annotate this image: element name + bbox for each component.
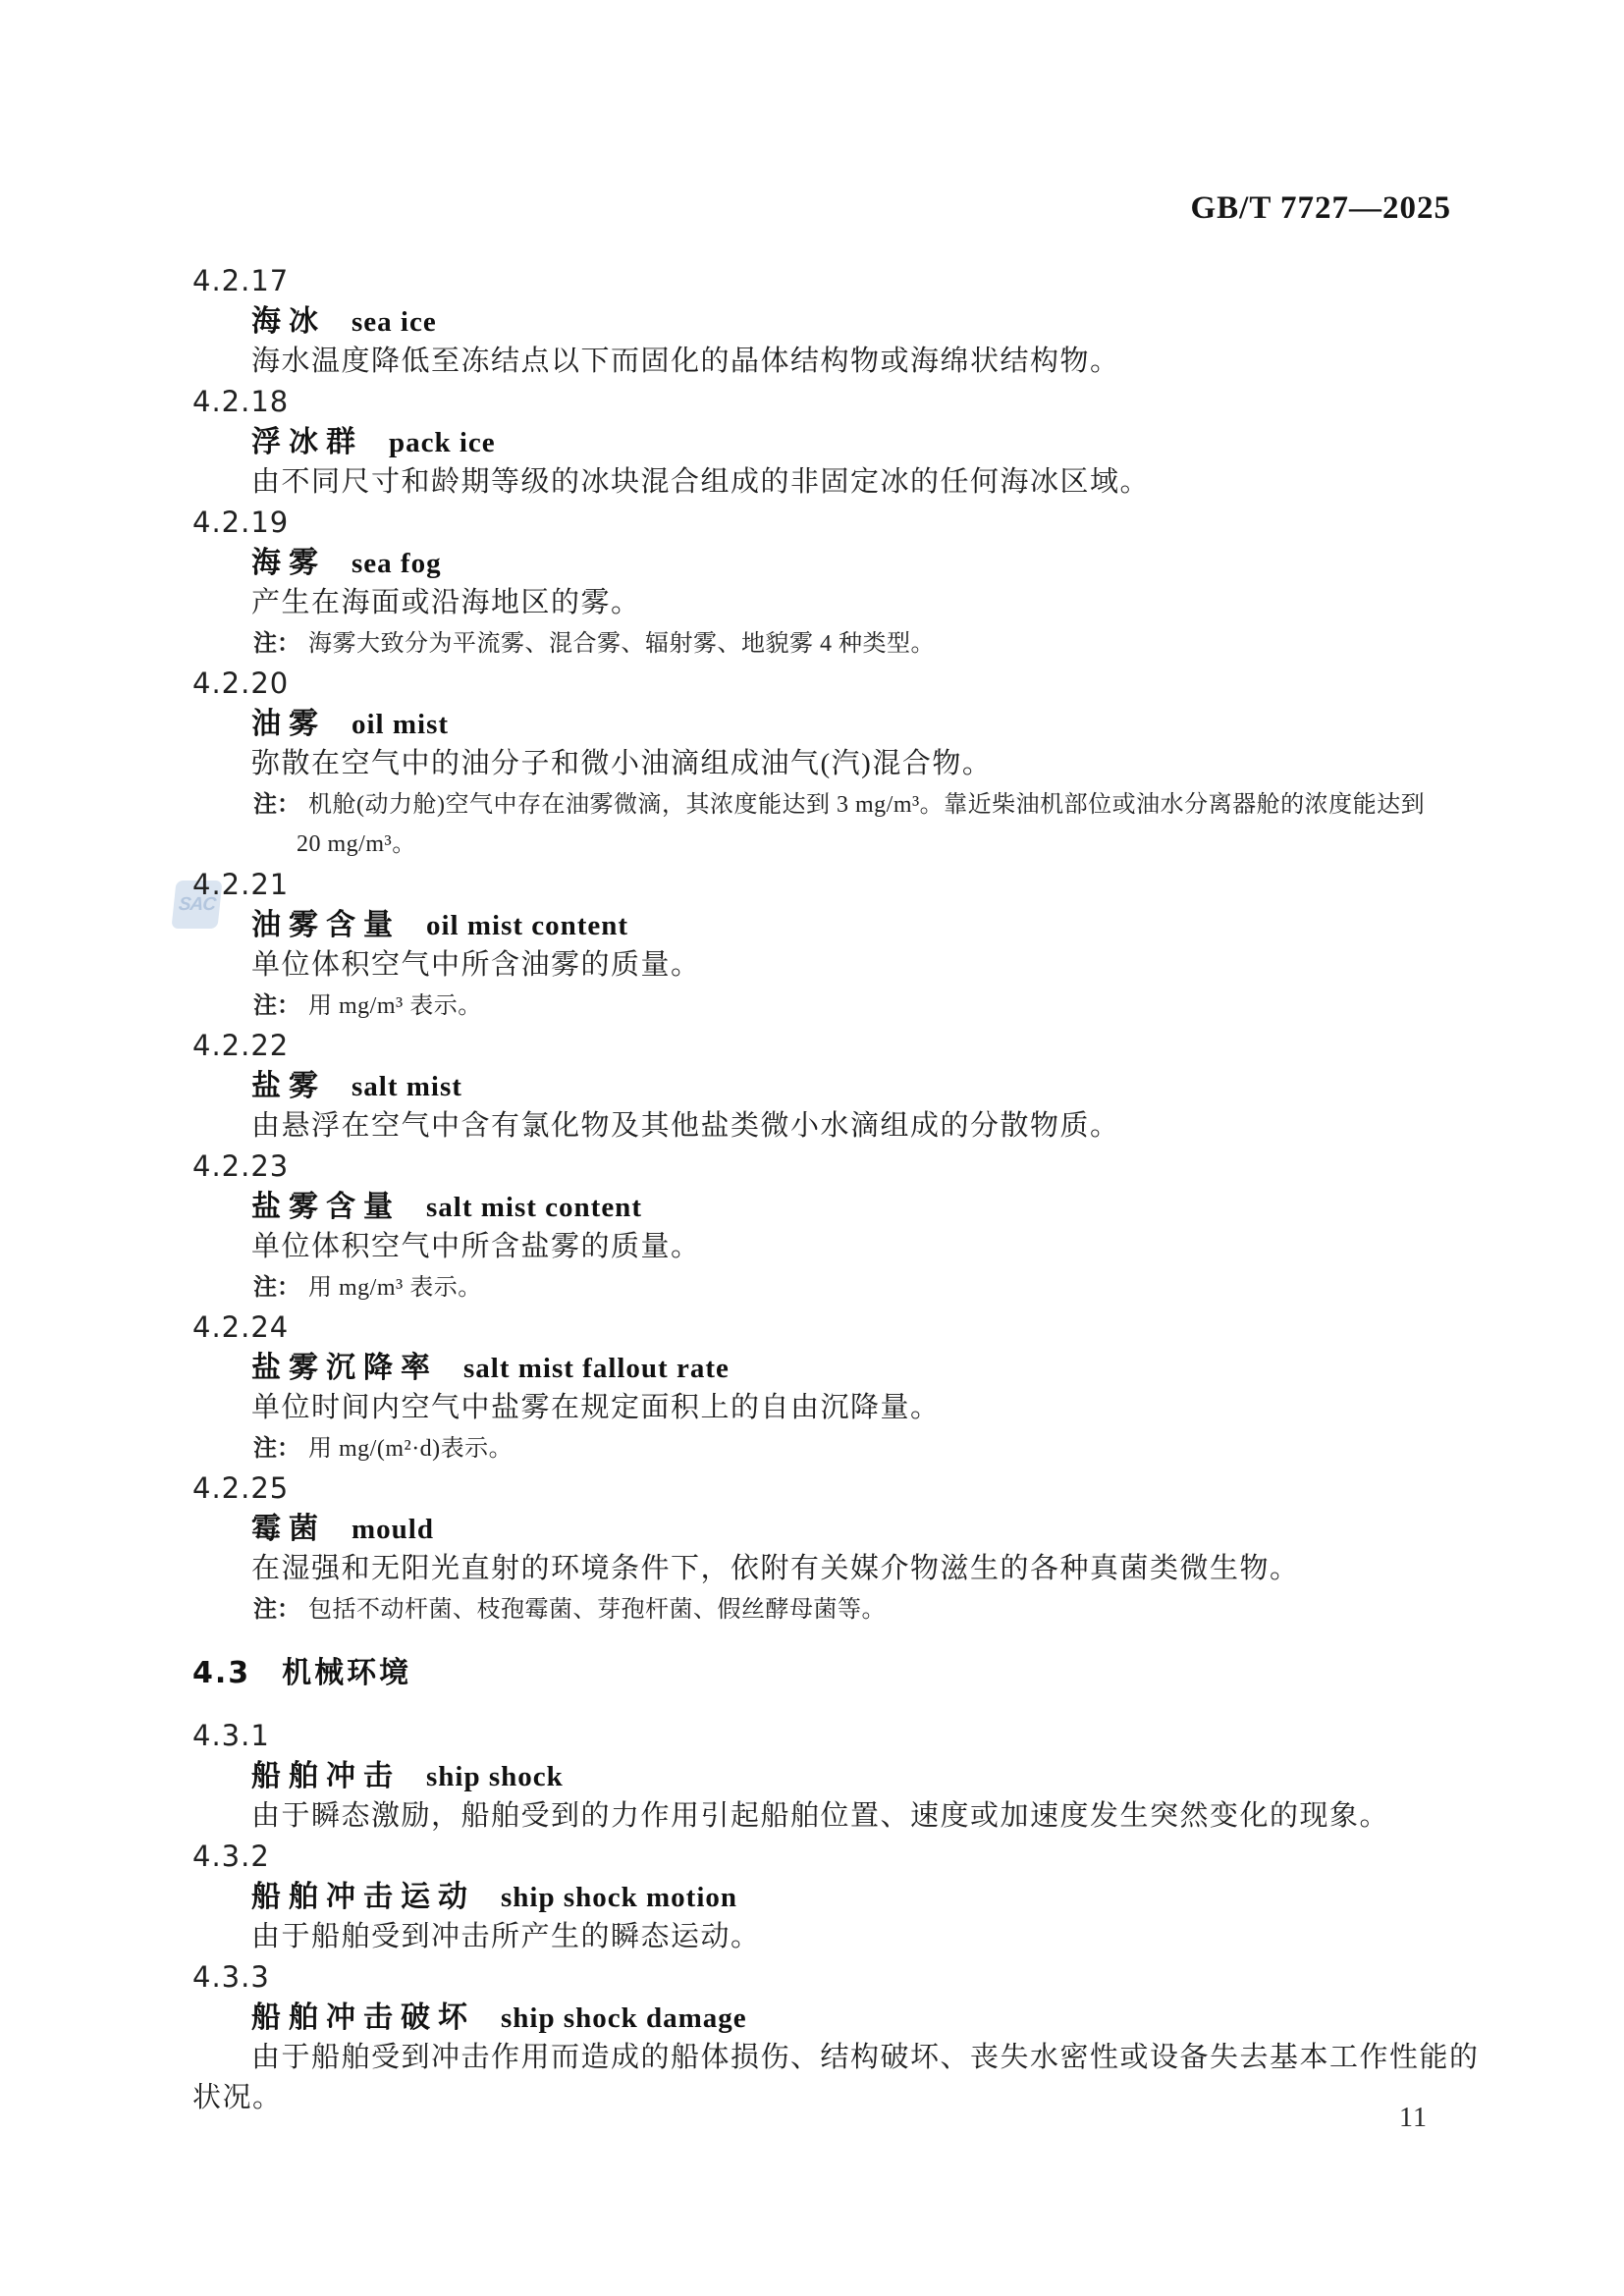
term-english: oil mist content xyxy=(426,910,628,941)
term-chinese: 霉菌 xyxy=(251,1513,326,1545)
note-label: 注： xyxy=(253,630,300,657)
section-number: 4.2.18 xyxy=(192,382,1489,422)
standard-number-header: GB/T 7727—2025 xyxy=(1190,190,1451,227)
definition-line: 由悬浮在空气中含有氯化物及其他盐类微小水滴组成的分散物质。 xyxy=(251,1106,1489,1147)
note-line: 注：用 mg/m³ 表示。 xyxy=(253,986,1489,1026)
term-line: 海冰sea ice xyxy=(251,301,1489,342)
note-label: 注： xyxy=(253,1435,300,1462)
term-chinese: 船舶冲击 xyxy=(251,1760,401,1792)
note-label: 注： xyxy=(253,1274,300,1301)
definition-line: 单位时间内空气中盐雾在规定面积上的自由沉降量。 xyxy=(251,1388,1489,1428)
term-line: 船舶冲击破坏ship shock damage xyxy=(251,1998,1489,2038)
term-english: salt mist content xyxy=(426,1192,642,1223)
term-chinese: 油雾 xyxy=(251,708,326,740)
term-english: sea ice xyxy=(352,306,437,338)
term-line: 盐雾含量salt mist content xyxy=(251,1187,1489,1227)
term-line: 盐雾沉降率salt mist fallout rate xyxy=(251,1348,1489,1388)
term-chinese: 海冰 xyxy=(251,305,326,338)
clause-heading-number: 4.3 xyxy=(192,1656,250,1690)
note-label: 注： xyxy=(253,992,300,1019)
definition-line: 海水温度降低至冻结点以下而固化的晶体结构物或海绵状结构物。 xyxy=(251,342,1489,382)
section-number: 4.3.3 xyxy=(192,1957,1489,1998)
note-line: 注：包括不动杆菌、枝孢霉菌、芽孢杆菌、假丝酵母菌等。 xyxy=(253,1589,1489,1629)
definition-line: 由于船舶受到冲击所产生的瞬态运动。 xyxy=(251,1917,1489,1957)
term-line: 霉菌mould xyxy=(251,1509,1489,1549)
note-label: 注： xyxy=(253,1596,300,1623)
term-line: 海雾sea fog xyxy=(251,543,1489,583)
definition-line: 由于船舶受到冲击作用而造成的船体损伤、结构破坏、丧失水密性或设备失去基本工作性能… xyxy=(251,2038,1489,2078)
term-chinese: 船舶冲击破坏 xyxy=(251,2002,475,2034)
term-chinese: 盐雾含量 xyxy=(251,1191,401,1223)
note-line: 注：用 mg/(m²·d)表示。 xyxy=(253,1428,1489,1468)
term-english: mould xyxy=(352,1514,434,1545)
note-continuation-line: 20 mg/m³。 xyxy=(297,825,1489,865)
term-chinese: 盐雾 xyxy=(251,1070,326,1102)
term-english: ship shock xyxy=(426,1761,564,1792)
term-line: 船舶冲击ship shock xyxy=(251,1756,1489,1796)
terminology-content: 4.2.17海冰sea ice海水温度降低至冻结点以下而固化的晶体结构物或海绵状… xyxy=(192,261,1489,2118)
term-line: 盐雾salt mist xyxy=(251,1066,1489,1106)
note-text: 海雾大致分为平流雾、混合雾、辐射雾、地貌雾 4 种类型。 xyxy=(308,631,935,657)
note-line: 注：机舱(动力舱)空气中存在油雾微滴，其浓度能达到 3 mg/m³。靠近柴油机部… xyxy=(253,784,1489,825)
term-chinese: 海雾 xyxy=(251,547,326,579)
section-number: 4.2.19 xyxy=(192,503,1489,543)
term-line: 浮冰群pack ice xyxy=(251,422,1489,462)
clause-heading-title: 机械环境 xyxy=(282,1657,411,1689)
note-line: 注：海雾大致分为平流雾、混合雾、辐射雾、地貌雾 4 种类型。 xyxy=(253,623,1489,664)
definition-line: 弥散在空气中的油分子和微小油滴组成油气(汽)混合物。 xyxy=(251,744,1489,784)
definition-line: 产生在海面或沿海地区的雾。 xyxy=(251,583,1489,623)
note-text: 机舱(动力舱)空气中存在油雾微滴，其浓度能达到 3 mg/m³。靠近柴油机部位或… xyxy=(308,792,1425,818)
term-english: sea fog xyxy=(352,548,442,579)
term-english: salt mist xyxy=(352,1071,462,1102)
definition-line: 在湿强和无阳光直射的环境条件下，依附有关媒介物滋生的各种真菌类微生物。 xyxy=(251,1549,1489,1589)
term-line: 油雾含量oil mist content xyxy=(251,905,1489,945)
term-english: oil mist xyxy=(352,709,449,740)
section-number: 4.2.23 xyxy=(192,1147,1489,1187)
clause-heading: 4.3机械环境 xyxy=(192,1653,1489,1693)
section-number: 4.2.20 xyxy=(192,664,1489,704)
note-label: 注： xyxy=(253,791,300,818)
term-line: 船舶冲击运动ship shock motion xyxy=(251,1877,1489,1917)
term-english: ship shock damage xyxy=(501,2002,747,2034)
term-line: 油雾oil mist xyxy=(251,704,1489,744)
definition-line: 单位体积空气中所含油雾的质量。 xyxy=(251,945,1489,986)
page-number: 11 xyxy=(1399,2103,1428,2134)
document-page: GB/T 7727—2025 SAC 4.2.17海冰sea ice海水温度降低… xyxy=(0,0,1624,2296)
definition-line: 单位体积空气中所含盐雾的质量。 xyxy=(251,1227,1489,1267)
term-english: ship shock motion xyxy=(501,1882,737,1913)
section-number: 4.2.21 xyxy=(192,865,1489,905)
term-chinese: 浮冰群 xyxy=(251,426,363,458)
note-text: 用 mg/m³ 表示。 xyxy=(308,993,482,1019)
note-text: 用 mg/m³ 表示。 xyxy=(308,1275,482,1301)
note-text: 用 mg/(m²·d)表示。 xyxy=(308,1436,513,1462)
definition-line: 由于瞬态激励，船舶受到的力作用引起船舶位置、速度或加速度发生突然变化的现象。 xyxy=(251,1796,1489,1837)
term-chinese: 盐雾沉降率 xyxy=(251,1352,438,1384)
section-number: 4.3.2 xyxy=(192,1837,1489,1877)
note-text: 包括不动杆菌、枝孢霉菌、芽孢杆菌、假丝酵母菌等。 xyxy=(308,1597,886,1623)
section-number: 4.3.1 xyxy=(192,1716,1489,1756)
definition-continuation-line: 状况。 xyxy=(192,2078,1489,2118)
term-english: pack ice xyxy=(389,427,496,458)
section-number: 4.2.25 xyxy=(192,1468,1489,1509)
definition-line: 由不同尺寸和龄期等级的冰块混合组成的非固定冰的任何海冰区域。 xyxy=(251,462,1489,503)
term-chinese: 油雾含量 xyxy=(251,909,401,941)
section-number: 4.2.24 xyxy=(192,1308,1489,1348)
term-english: salt mist fallout rate xyxy=(463,1353,730,1384)
section-number: 4.2.17 xyxy=(192,261,1489,301)
term-chinese: 船舶冲击运动 xyxy=(251,1881,475,1913)
note-line: 注：用 mg/m³ 表示。 xyxy=(253,1267,1489,1308)
section-number: 4.2.22 xyxy=(192,1026,1489,1066)
